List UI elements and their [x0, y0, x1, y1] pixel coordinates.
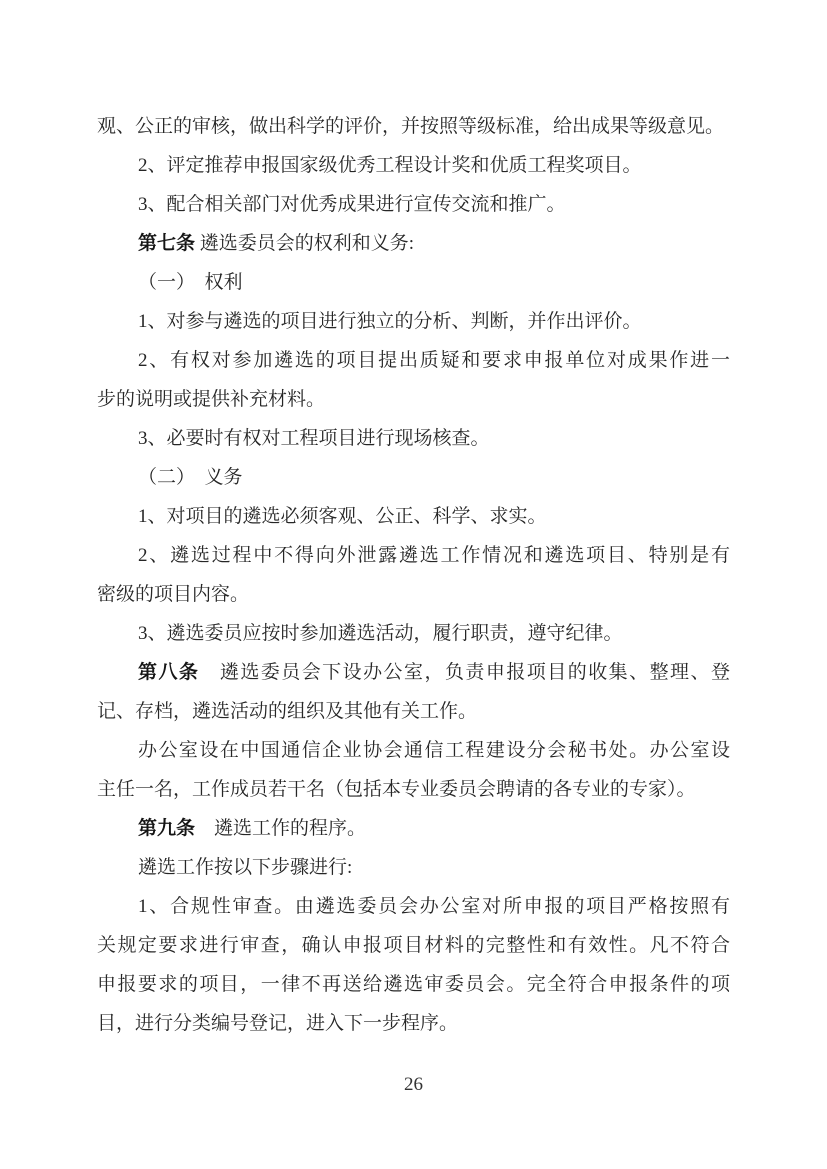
text-line: 2、遴选过程中不得向外泄露遴选工作情况和遴选项目、特别是有	[97, 536, 730, 575]
text-line: 步的说明或提供补充材料。	[97, 380, 730, 419]
line-text: 2、评定推荐申报国家级优秀工程设计奖和优质工程奖项目。	[138, 155, 642, 176]
text-line: 记、存档，遴选活动的组织及其他有关工作。	[97, 692, 730, 731]
line-text: 遴选工作的程序。	[195, 818, 366, 839]
line-text: 遴选委员会下设办公室，负责申报项目的收集、整理、登	[199, 662, 730, 683]
text-line: 办公室设在中国通信企业协会通信工程建设分会秘书处。办公室设	[97, 731, 730, 770]
document-body: 观、公正的审核，做出科学的评价，并按照等级标准，给出成果等级意见。2、评定推荐申…	[97, 107, 730, 1043]
text-line: 3、遴选委员应按时参加遴选活动，履行职责，遵守纪律。	[97, 614, 730, 653]
line-text: 办公室设在中国通信企业协会通信工程建设分会秘书处。办公室设	[138, 740, 730, 761]
line-text: 3、遴选委员应按时参加遴选活动，履行职责，遵守纪律。	[138, 623, 623, 644]
text-line: （二） 义务	[97, 458, 730, 497]
line-text: 步的说明或提供补充材料。	[97, 389, 325, 410]
line-text: 主任一名，工作成员若干名（包括本专业委员会聘请的各专业的专家）。	[97, 779, 696, 800]
line-text: 2、遴选过程中不得向外泄露遴选工作情况和遴选项目、特别是有	[138, 545, 730, 566]
line-text: 3、必要时有权对工程项目进行现场核查。	[138, 428, 490, 449]
article-number: 第九条	[138, 818, 195, 839]
page-number: 26	[0, 1072, 827, 1098]
line-text: 记、存档，遴选活动的组织及其他有关工作。	[97, 701, 477, 722]
text-line: 1、对项目的遴选必须客观、公正、科学、求实。	[97, 497, 730, 536]
text-line: 2、评定推荐申报国家级优秀工程设计奖和优质工程奖项目。	[97, 146, 730, 185]
text-line: 申报要求的项目，一律不再送给遴选审委员会。完全符合申报条件的项	[97, 965, 730, 1004]
line-text: 关规定要求进行审查，确认申报项目材料的完整性和有效性。凡不符合	[97, 935, 730, 956]
line-text: 1、对参与遴选的项目进行独立的分析、判断，并作出评价。	[138, 311, 642, 332]
article-number: 第七条	[138, 233, 195, 254]
article-heading-line: 第八条 遴选委员会下设办公室，负责申报项目的收集、整理、登	[97, 653, 730, 692]
text-line: （一） 权利	[97, 263, 730, 302]
document-page: 观、公正的审核，做出科学的评价，并按照等级标准，给出成果等级意见。2、评定推荐申…	[0, 0, 827, 1169]
line-text: 1、合规性审查。由遴选委员会办公室对所申报的项目严格按照有	[138, 896, 730, 917]
text-line: 主任一名，工作成员若干名（包括本专业委员会聘请的各专业的专家）。	[97, 770, 730, 809]
article-heading-line: 第九条 遴选工作的程序。	[97, 809, 730, 848]
line-text: 申报要求的项目，一律不再送给遴选审委员会。完全符合申报条件的项	[97, 974, 730, 995]
text-line: 1、对参与遴选的项目进行独立的分析、判断，并作出评价。	[97, 302, 730, 341]
text-line: 目，进行分类编号登记，进入下一步程序。	[97, 1004, 730, 1043]
article-heading-line: 第七条 遴选委员会的权利和义务:	[97, 224, 730, 263]
line-text: 目，进行分类编号登记，进入下一步程序。	[97, 1013, 458, 1034]
text-line: 2、有权对参加遴选的项目提出质疑和要求申报单位对成果作进一	[97, 341, 730, 380]
line-text: 密级的项目内容。	[97, 584, 249, 605]
line-text: （一） 权利	[138, 272, 243, 293]
text-line: 密级的项目内容。	[97, 575, 730, 614]
line-text: 遴选委员会的权利和义务:	[195, 233, 414, 254]
line-text: 观、公正的审核，做出科学的评价，并按照等级标准，给出成果等级意见。	[97, 116, 724, 137]
line-text: （二） 义务	[138, 467, 243, 488]
text-line: 3、必要时有权对工程项目进行现场核查。	[97, 419, 730, 458]
text-line: 1、合规性审查。由遴选委员会办公室对所申报的项目严格按照有	[97, 887, 730, 926]
text-line: 关规定要求进行审查，确认申报项目材料的完整性和有效性。凡不符合	[97, 926, 730, 965]
article-number: 第八条	[138, 662, 199, 683]
text-line: 遴选工作按以下步骤进行:	[97, 848, 730, 887]
line-text: 1、对项目的遴选必须客观、公正、科学、求实。	[138, 506, 547, 527]
text-line: 3、配合相关部门对优秀成果进行宣传交流和推广。	[97, 185, 730, 224]
line-text: 3、配合相关部门对优秀成果进行宣传交流和推广。	[138, 194, 566, 215]
text-line: 观、公正的审核，做出科学的评价，并按照等级标准，给出成果等级意见。	[97, 107, 730, 146]
line-text: 遴选工作按以下步骤进行:	[138, 857, 352, 878]
line-text: 2、有权对参加遴选的项目提出质疑和要求申报单位对成果作进一	[138, 350, 730, 371]
